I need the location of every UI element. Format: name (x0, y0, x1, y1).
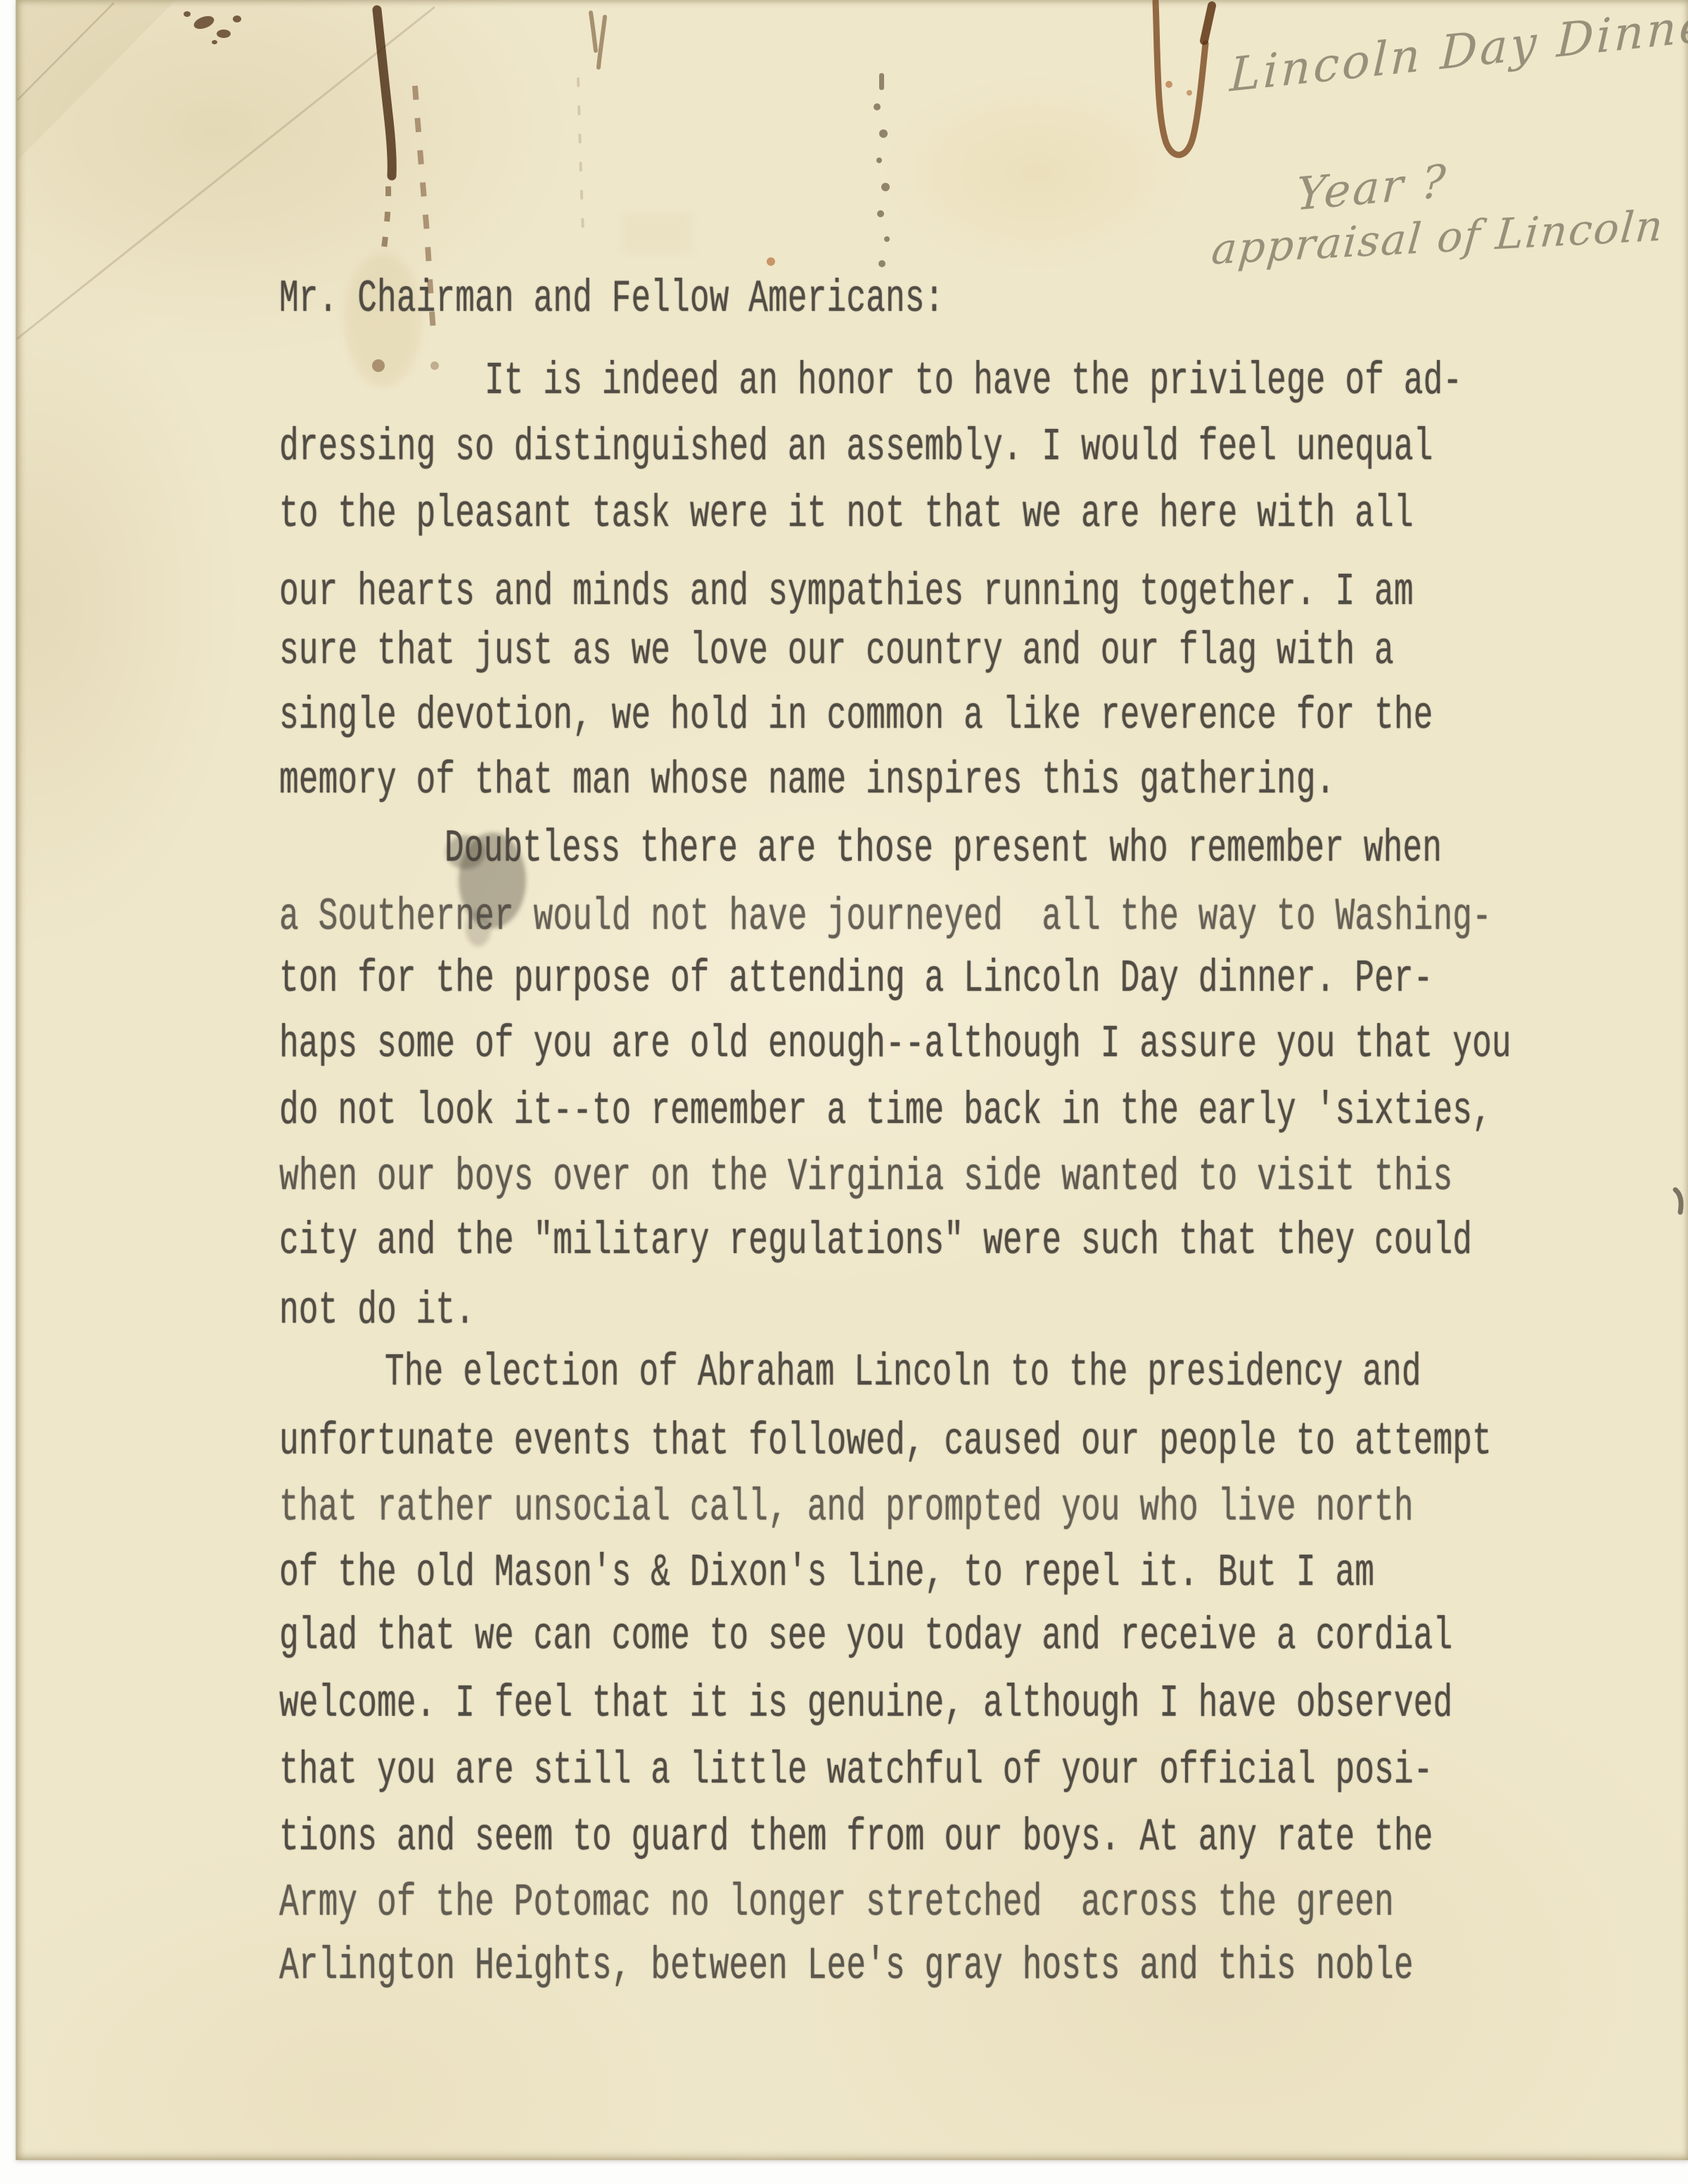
typed-line: to the pleasant task were it not that we… (279, 488, 1414, 540)
typed-line: memory of that man whose name inspires t… (279, 754, 1335, 807)
typed-line: Arlington Heights, between Lee's gray ho… (279, 1940, 1414, 1992)
typed-line: unfortunate events that followed, caused… (279, 1415, 1492, 1467)
typed-line: when our boys over on the Virginia side … (279, 1151, 1452, 1203)
typed-text-block: Mr. Chairman and Fellow Americans:It is … (0, 0, 1688, 2184)
typed-line: Mr. Chairman and Fellow Americans: (279, 273, 944, 325)
typed-line: dressing so distinguished an assembly. I… (279, 421, 1433, 473)
typed-line: sure that just as we love our country an… (279, 625, 1394, 677)
typed-line: our hearts and minds and sympathies runn… (279, 566, 1414, 618)
typed-line: not do it. (279, 1285, 475, 1337)
typed-line: haps some of you are old enough--althoug… (279, 1018, 1511, 1070)
typed-line: It is indeed an honor to have the privil… (485, 355, 1462, 407)
typed-line: that rather unsocial call, and prompted … (279, 1482, 1414, 1534)
typed-line: of the old Mason's & Dixon's line, to re… (279, 1547, 1374, 1599)
typed-line: that you are still a little watchful of … (279, 1745, 1433, 1797)
typed-line: The election of Abraham Lincoln to the p… (385, 1347, 1421, 1399)
typed-line: a Southerner would not have journeyed al… (279, 891, 1492, 943)
typed-line: city and the "military regulations" were… (279, 1215, 1472, 1267)
typed-line: do not look it--to remember a time back … (279, 1085, 1492, 1137)
typed-line: Army of the Potomac no longer stretched … (279, 1877, 1394, 1929)
typed-line: welcome. I feel that it is genuine, alth… (279, 1678, 1452, 1730)
typed-line: single devotion, we hold in common a lik… (279, 690, 1433, 742)
typed-line: tions and seem to guard them from our bo… (279, 1811, 1433, 1863)
typed-line: glad that we can come to see you today a… (279, 1610, 1452, 1662)
scanned-page-container: Mr. Chairman and Fellow Americans:It is … (0, 0, 1688, 2184)
typed-line: Doubtless there are those present who re… (445, 823, 1442, 875)
typed-line: ton for the purpose of attending a Linco… (279, 953, 1433, 1005)
